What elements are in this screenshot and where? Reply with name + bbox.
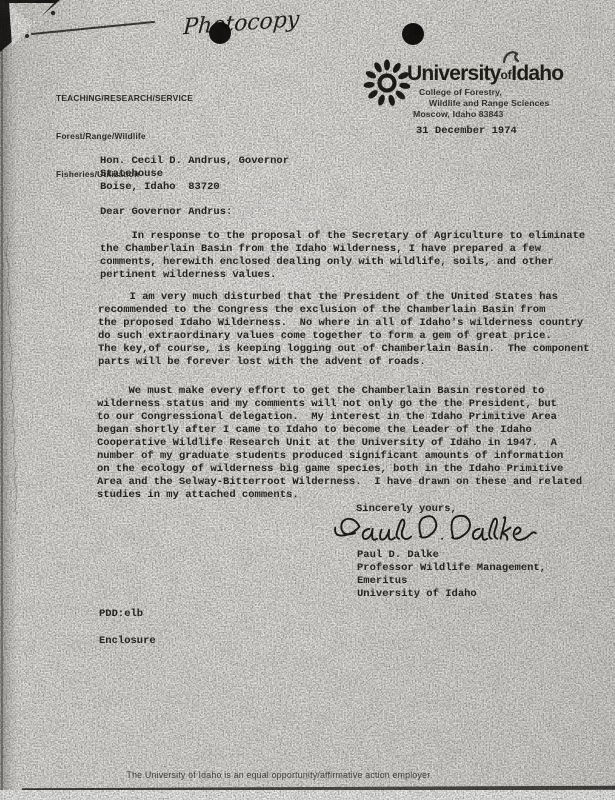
college-address: College of Forestry, Wildlife and Range … [419, 87, 549, 119]
footer-eeo-line: The University of Idaho is an equal oppo… [0, 770, 587, 780]
hole-punch-right [402, 23, 424, 45]
paragraph-1: In response to the proposal of the Secre… [100, 230, 585, 282]
salutation: Dear Governor Andrus: [100, 206, 232, 219]
paragraph-2: I am very much disturbed that the Presid… [98, 291, 589, 369]
college-line1: College of Forestry, [419, 87, 549, 98]
photocopy-note-text: Photocopy [183, 6, 301, 40]
college-line3: Moscow, Idaho 83843 [413, 109, 549, 120]
enclosure-note: Enclosure [99, 635, 156, 648]
pen-stroke [32, 22, 154, 34]
paragraph-3: We must make every effort to get the Cha… [97, 385, 582, 502]
hole-punch-left [209, 22, 231, 44]
university-name-part2: Idaho [511, 62, 563, 85]
college-line2: Wildlife and Range Sciences [419, 98, 549, 109]
photocopy-note: Photocopy [183, 4, 313, 48]
pen-dot [25, 34, 29, 38]
corner-fold [0, 0, 175, 62]
signature-block: Paul D. Dalke Professor Wildlife Managem… [357, 549, 546, 601]
program-line: Forest/Range/Wildlife [56, 130, 193, 143]
scan-background-strip [0, 790, 615, 800]
letter-date: 31 December 1974 [416, 125, 517, 138]
university-sunburst-logo-icon [362, 58, 412, 108]
program-title: TEACHING/RESEARCH/SERVICE [56, 92, 193, 105]
pen-dot [51, 11, 55, 15]
university-name: UniversityofIdaho [407, 62, 563, 86]
signature-script: Paul D. Dalke [333, 512, 538, 550]
scanned-letter-page: Photocopy TEACHING/RESEARCH/SERVICE Fore… [0, 0, 615, 800]
university-name-part1: University [407, 62, 501, 85]
recipient-address: Hon. Cecil D. Andrus, Governor Statehous… [100, 155, 289, 194]
typist-initials: PDD:elb [99, 608, 143, 621]
left-margin-scribble [0, 230, 18, 590]
university-name-of: of [501, 68, 512, 82]
